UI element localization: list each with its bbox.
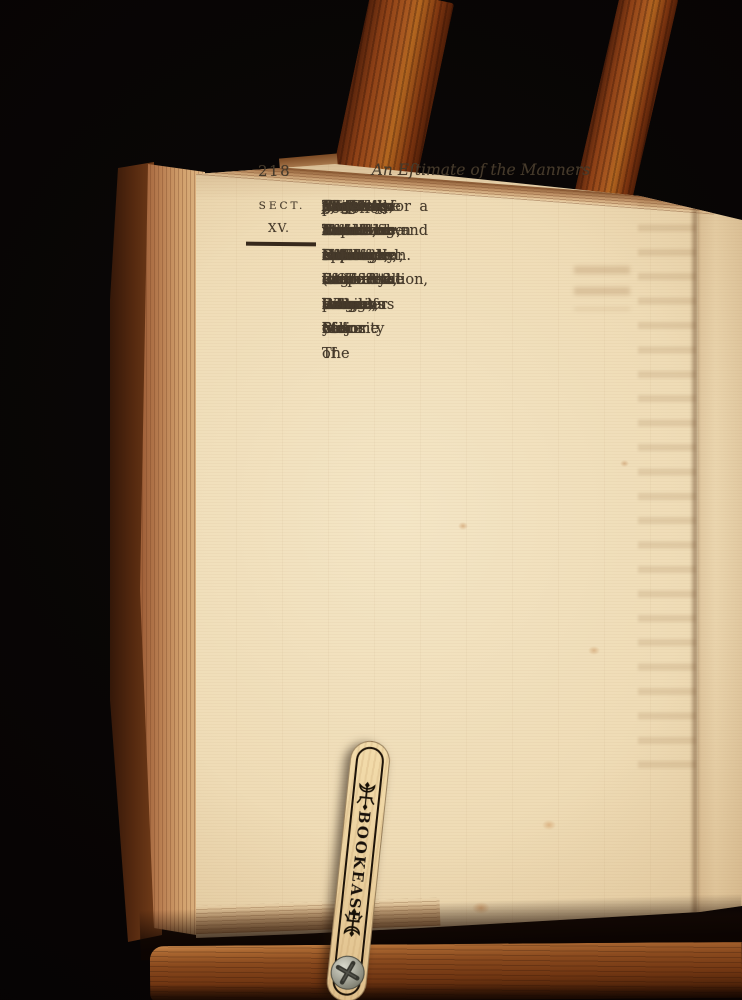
section-rule	[246, 242, 316, 247]
book-page	[190, 160, 742, 950]
running-header: An Eſtimate of the Manners	[322, 161, 640, 179]
section-number: XV.	[246, 221, 312, 235]
catchword: poſſeſſed	[322, 197, 390, 221]
fleur-ornament-icon	[338, 906, 367, 941]
fleur-ornament-icon	[352, 778, 381, 813]
page-vignette	[190, 160, 742, 950]
section-label: SECT.	[246, 200, 318, 212]
screw-icon	[329, 954, 366, 991]
book-photograph: 218 An Eſtimate of the Manners SECT. XV.…	[0, 0, 742, 1000]
page-number: 218	[258, 162, 291, 180]
easel-ledge-shadow	[150, 984, 742, 1000]
